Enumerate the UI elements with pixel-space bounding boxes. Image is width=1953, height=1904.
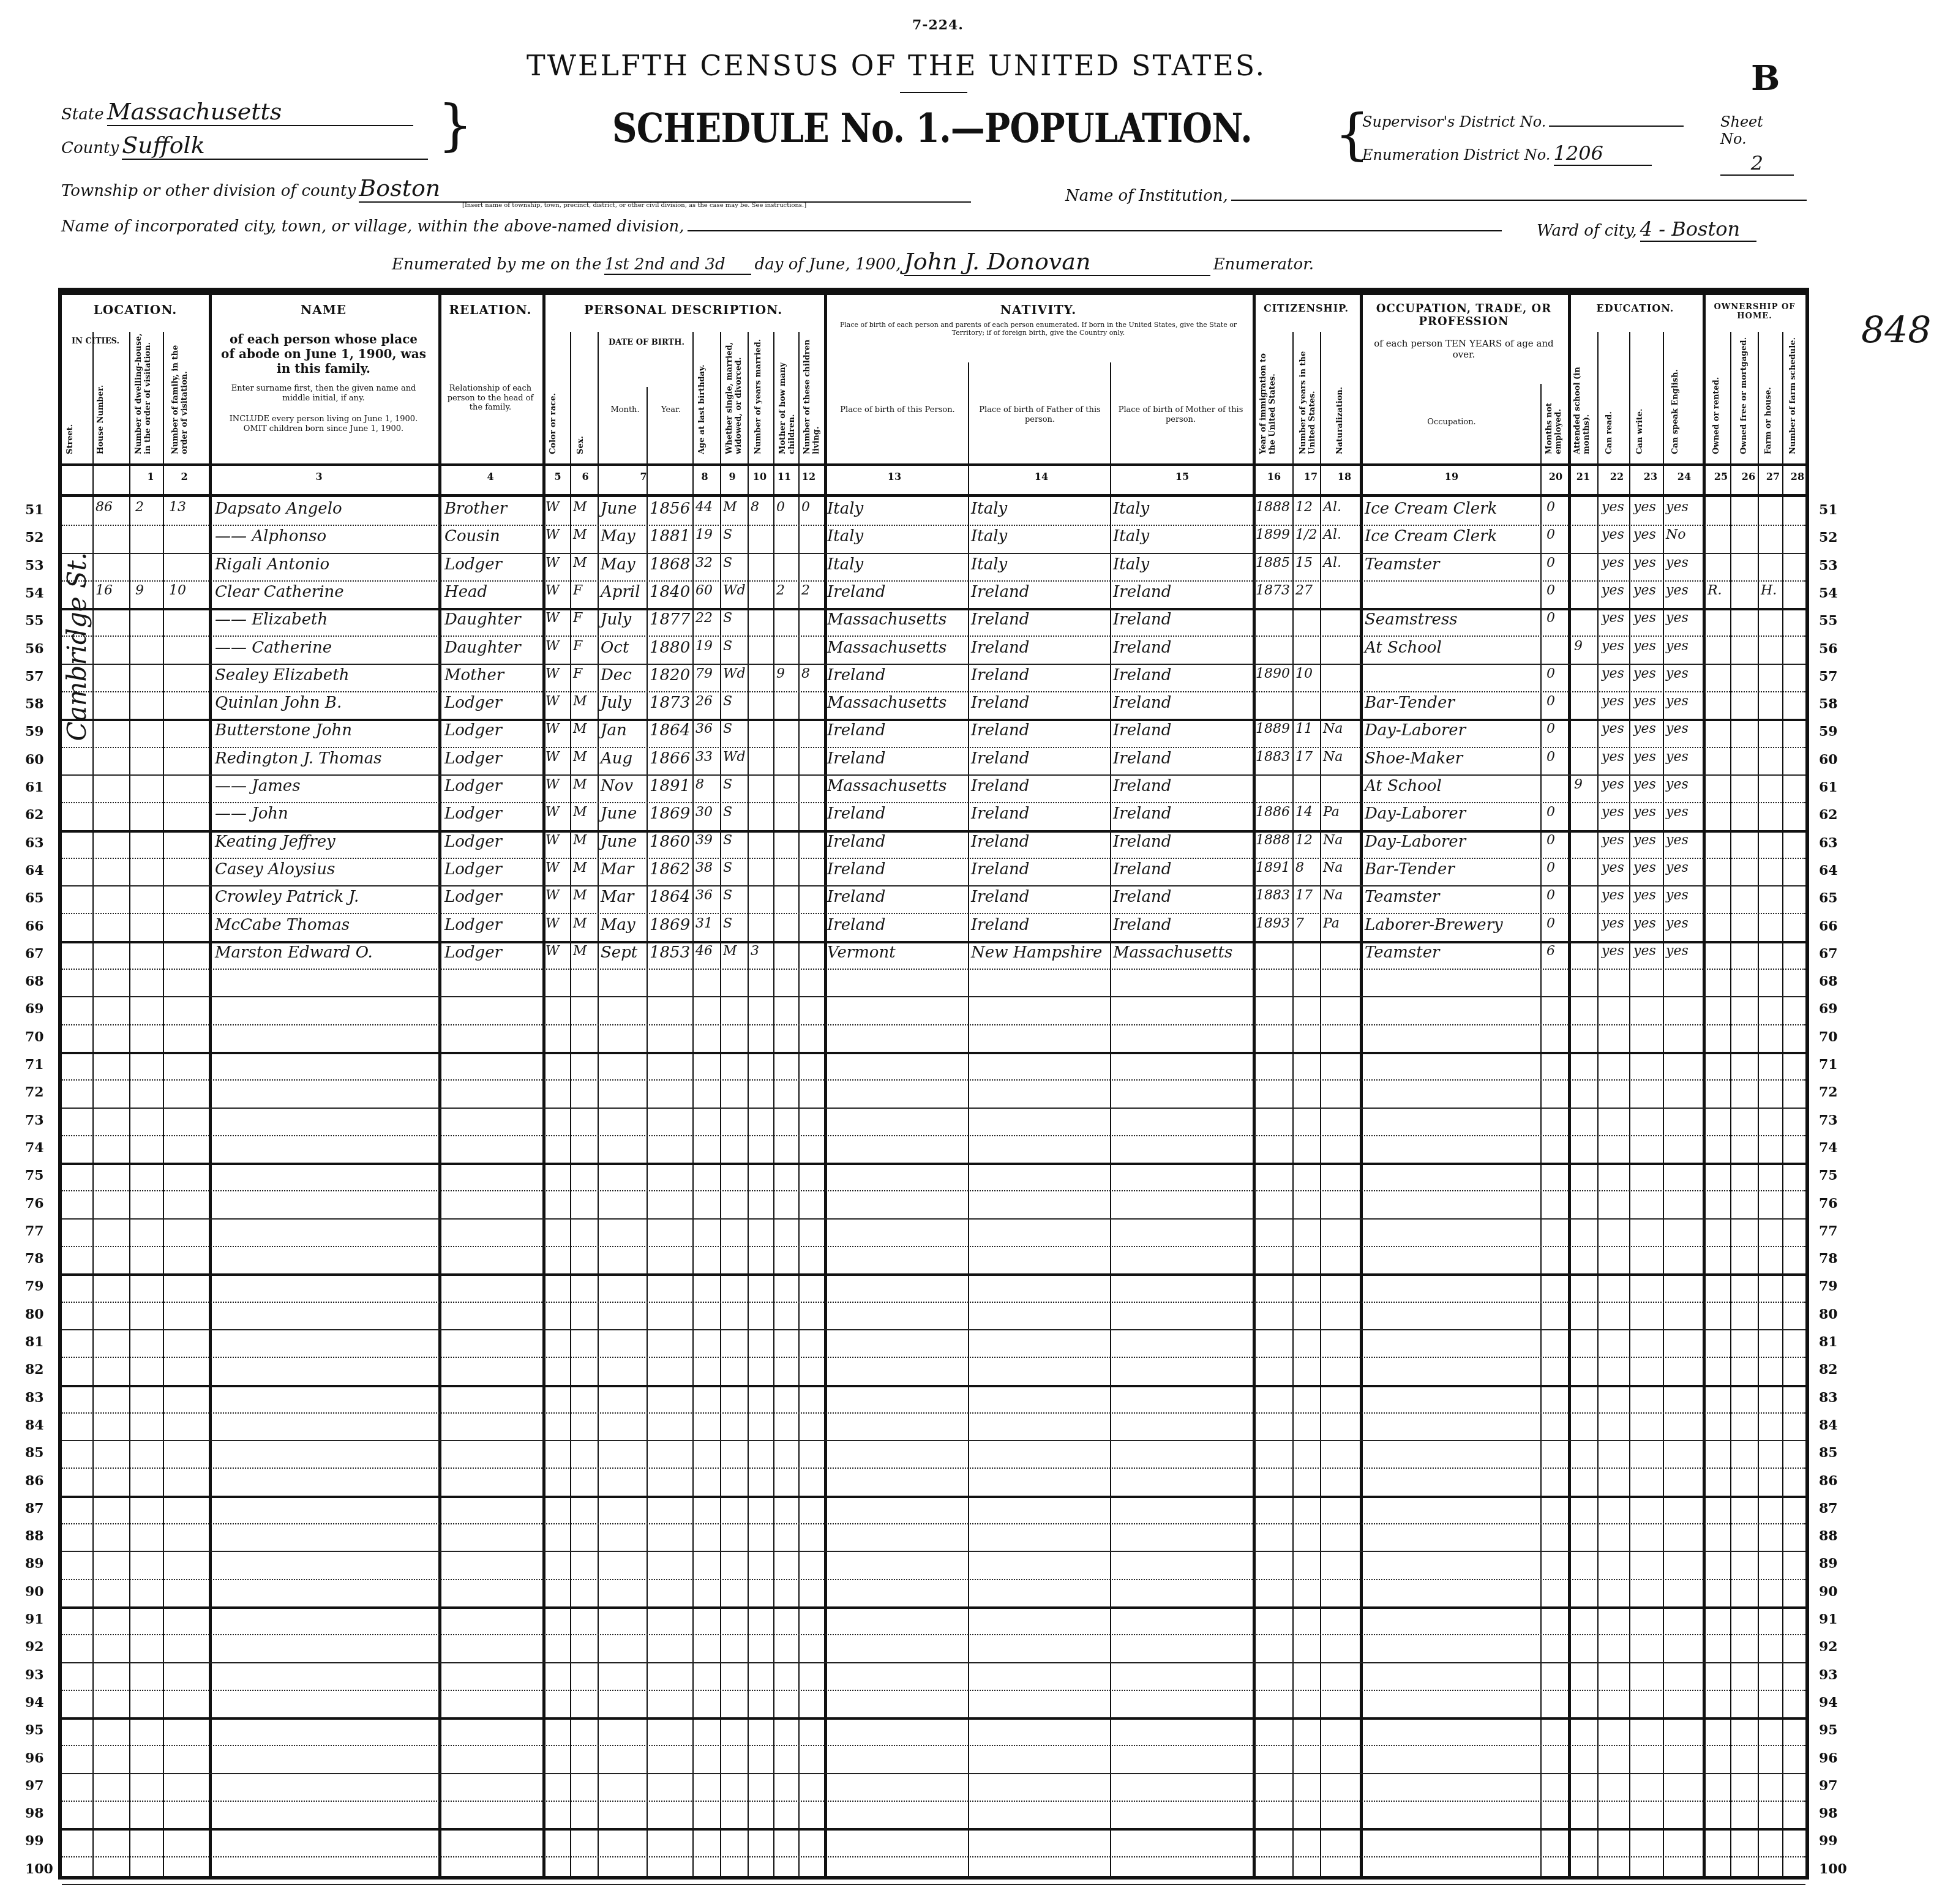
cell-yrs-us: 8 [1295,860,1304,875]
table-row: 9797 [62,1773,1805,1802]
cell-marital: S [723,777,732,792]
line-number-left: 84 [25,1417,44,1433]
cell-year: 1877 [650,610,690,629]
cell-school: 9 [1574,639,1583,654]
cell-mother-birth: Italy [1113,555,1149,574]
cell-english: yes [1666,639,1689,654]
header-marital: Whether single, married, widowed, or div… [725,332,743,454]
cell-marital: S [723,804,732,820]
cell-color: W [545,555,560,571]
cell-nat: Na [1323,860,1343,875]
cell-yrs-us: 10 [1295,666,1313,681]
cell-english: yes [1666,666,1689,681]
cell-immig: 1873 [1256,583,1290,598]
table-row: 5858Quinlan John B.LodgerWMJuly187326SMa… [62,691,1805,721]
cell-father-birth: Ireland [971,916,1029,934]
line-number-left: 92 [25,1639,44,1655]
cell-birth: Massachusetts [827,610,947,629]
form-number: 7-224. [912,17,964,33]
cell-english: yes [1666,610,1689,626]
table-row: 6666McCabe ThomasLodgerWMMay186931SIrela… [62,913,1805,943]
cell-write: yes [1633,639,1656,654]
cell-year: 1820 [650,666,690,684]
cell-father-birth: Ireland [971,860,1029,879]
header-personal-description: PERSONAL DESCRIPTION. [542,302,824,317]
table-row: 7373 [62,1108,1805,1136]
table-row: 9494 [62,1690,1805,1720]
line-number-right: 73 [1819,1112,1838,1128]
cell-color: W [545,610,560,626]
cell-occupation: Day-Laborer [1365,833,1466,851]
cell-yrs-us: 12 [1295,833,1313,848]
header-family-number: Number of family, in the order of visita… [171,332,189,454]
city-label: Name of incorporated city, town, or vill… [61,217,684,236]
cell-birth: Ireland [827,666,885,684]
cell-relation: Lodger [444,777,502,795]
cell-birth: Italy [827,527,863,545]
table-row: 7979 [62,1273,1805,1302]
cell-month: June [601,804,637,823]
line-number-left: 55 [25,613,44,629]
cell-immig: 1883 [1256,749,1290,765]
sheet-value: 2 [1720,151,1794,176]
cell-english: yes [1666,721,1689,736]
cell-immig: 1893 [1256,916,1290,931]
cell-sex: M [573,860,587,875]
cell-farm-house: H. [1761,583,1777,598]
table-row: 9999 [62,1828,1805,1857]
column-number: 8 [695,471,714,482]
cell-color: W [545,888,560,903]
cell-unemployed: 0 [1546,749,1555,765]
cell-birth: Massachusetts [827,639,947,657]
cell-color: W [545,916,560,931]
header-occupation: Occupation. [1363,418,1540,427]
cell-immig: 1888 [1256,500,1290,515]
line-number-left: 100 [25,1861,53,1877]
cell-read: yes [1602,777,1624,792]
line-number-left: 85 [25,1445,44,1461]
line-number-right: 98 [1819,1805,1838,1821]
cell-sex: F [573,666,582,681]
line-number-left: 83 [25,1390,44,1406]
brace-icon: } [438,98,473,153]
cell-nat: Na [1323,749,1343,765]
table-row: 8585 [62,1440,1805,1469]
cell-birth: Ireland [827,916,885,934]
cell-mother-birth: Ireland [1113,639,1171,657]
cell-write: yes [1633,500,1656,515]
cell-dwelling: 2 [135,500,144,515]
column-number: 7 [631,471,656,482]
header-dob: DATE OF BIRTH. [601,338,692,348]
table-row: 7878 [62,1246,1805,1276]
cell-year: 1840 [650,583,690,601]
header-farm-house: Farm or house. [1764,356,1773,454]
header-education: EDUCATION. [1568,302,1703,314]
line-number-left: 93 [25,1667,44,1683]
cell-color: W [545,833,560,848]
header-relation: RELATION. [438,302,542,317]
cell-write: yes [1633,583,1656,598]
institution-field: Name of Institution, [1065,187,1807,205]
cell-mother-birth: Ireland [1113,583,1171,601]
header-can-speak-english: Can speak English. [1671,356,1680,454]
cell-sex: M [573,500,587,515]
cell-relation: Lodger [444,804,502,823]
cell-write: yes [1633,721,1656,736]
cell-immig: 1899 [1256,527,1290,542]
cell-occupation: At School [1365,777,1442,795]
table-row: 9393 [62,1662,1805,1691]
cell-immig: 1888 [1256,833,1290,848]
line-number-left: 90 [25,1584,44,1600]
header-month: Month. [601,405,650,415]
line-number-right: 93 [1819,1667,1838,1683]
header-birth-person: Place of birth of this Person. [827,405,968,415]
cell-yrs-us: 17 [1295,888,1313,903]
cell-write: yes [1633,804,1656,820]
line-number-left: 80 [25,1306,44,1322]
cell-occupation: Seamstress [1365,610,1458,629]
cell-house: 86 [96,500,113,515]
cell-read: yes [1602,610,1624,626]
cell-name: —— Elizabeth [215,610,328,629]
cell-english: yes [1666,860,1689,875]
cell-birth: Ireland [827,804,885,823]
cell-immig: 1891 [1256,860,1290,875]
cell-marital: Wd [723,749,746,765]
cell-marital: S [723,888,732,903]
header-naturalization: Naturalization. [1335,369,1344,454]
cell-birth: Ireland [827,833,885,851]
column-number: 13 [882,471,907,482]
cell-school: 9 [1574,777,1583,792]
cell-age: 31 [695,916,713,931]
cell-mother-of: 9 [776,666,785,681]
cell-occupation: Ice Cream Clerk [1365,527,1497,545]
line-number-left: 77 [25,1223,44,1239]
cell-birth: Ireland [827,583,885,601]
line-number-right: 96 [1819,1750,1838,1766]
cell-mother-birth: Ireland [1113,721,1171,740]
line-number-left: 97 [25,1778,44,1794]
cell-sex: M [573,721,587,736]
line-number-left: 79 [25,1278,44,1294]
header-relation-desc: Relationship of each person to the head … [441,384,539,413]
table-row: 5656—— CatherineDaughterWFOct188019SMass… [62,636,1805,665]
header-location: LOCATION. [62,302,209,317]
cell-immig: 1886 [1256,804,1290,820]
cell-read: yes [1602,860,1624,875]
enumerated-days: 1st 2nd and 3d [604,255,751,275]
cell-name: Sealey Elizabeth [215,666,349,684]
cell-immig: 1890 [1256,666,1290,681]
column-number: 9 [723,471,741,482]
line-number-left: 69 [25,1001,44,1017]
cell-color: W [545,804,560,820]
cell-color: W [545,500,560,515]
cell-age: 30 [695,804,713,820]
cell-nat: Al. [1323,555,1341,571]
table-row: 6868 [62,969,1805,997]
cell-name: Rigali Antonio [215,555,329,574]
cell-read: yes [1602,694,1624,709]
line-number-right: 52 [1819,530,1838,545]
header-in-cities: IN CITIES. [62,337,129,347]
line-number-right: 71 [1819,1057,1838,1073]
cell-month: Dec [601,666,632,684]
cell-english: yes [1666,500,1689,515]
header-farm-schedule: Number of farm schedule. [1788,332,1797,454]
line-number-left: 67 [25,946,44,962]
line-number-right: 86 [1819,1473,1838,1489]
cell-age: 36 [695,888,713,903]
table-row: 5757Sealey ElizabethMotherWFDec182079Wd9… [62,664,1805,692]
cell-mother-birth: Italy [1113,527,1149,545]
district-block: { Supervisor's District No. Enumeration … [1347,113,1684,166]
cell-english: yes [1666,833,1689,848]
enumerated-label-post: day of June, 1900, [755,255,901,274]
cell-occupation: Bar-Tender [1365,694,1455,712]
line-number-right: 79 [1819,1278,1838,1294]
cell-mother-birth: Ireland [1113,777,1171,795]
cell-unemployed: 0 [1546,860,1555,875]
cell-yrs-married: 3 [751,943,759,959]
cell-marital: S [723,860,732,875]
line-number-left: 56 [25,641,44,657]
cell-unemployed: 0 [1546,527,1555,542]
cell-occupation: Teamster [1365,888,1439,906]
brace-icon: { [1335,107,1370,162]
cell-english: yes [1666,694,1689,709]
header-sex: Sex. [576,405,585,454]
township-field: Township or other division of county Bos… [61,174,971,203]
cell-sex: F [573,610,582,626]
table-row: 6060Redington J. ThomasLodgerWMAug186633… [62,747,1805,776]
enumerator-label: Enumerator. [1213,255,1314,274]
cell-sex: M [573,916,587,931]
cell-occupation: Laborer-Brewery [1365,916,1503,934]
line-number-left: 76 [25,1196,44,1212]
cell-immig: 1883 [1256,888,1290,903]
cell-birth: Ireland [827,888,885,906]
column-number: 19 [1439,471,1464,482]
header-children-living: Number of these children living. [803,332,821,454]
table-row: 8686 [62,1468,1805,1498]
table-row: 8383 [62,1385,1805,1414]
column-number: 20 [1543,471,1568,482]
cell-color: W [545,527,560,542]
line-number-right: 66 [1819,918,1838,934]
cell-mother-birth: Italy [1113,500,1149,518]
line-number-right: 59 [1819,724,1838,740]
cell-unemployed: 0 [1546,555,1555,571]
header-immigration-year: Year of immigration to the United States… [1259,338,1277,454]
header-name: NAME [209,302,438,317]
cell-year: 1880 [650,639,690,657]
cell-nat: Al. [1323,500,1341,515]
cell-unemployed: 0 [1546,721,1555,736]
ed-value: 1206 [1554,141,1652,166]
table-row: 8989 [62,1551,1805,1580]
cell-month: July [601,694,631,712]
cell-yrs-us: 7 [1295,916,1304,931]
line-number-right: 81 [1819,1334,1838,1350]
cell-color: W [545,666,560,681]
column-number: 4 [478,471,503,482]
line-number-left: 82 [25,1362,44,1377]
table-row: 9292 [62,1634,1805,1663]
table-row: 8787 [62,1496,1805,1524]
cell-year: 1869 [650,804,690,823]
cell-month: May [601,555,635,574]
line-number-left: 61 [25,779,44,795]
cell-marital: S [723,916,732,931]
line-number-left: 88 [25,1528,44,1544]
table-row: 6262—— JohnLodgerWMJune186930SIrelandIre… [62,802,1805,832]
cell-month: Nov [601,777,633,795]
cell-unemployed: 6 [1546,943,1555,959]
cell-name: Casey Aloysius [215,860,335,879]
cell-relation: Lodger [444,555,502,574]
header-year: Year. [650,405,692,415]
table-row: 8181 [62,1329,1805,1358]
line-number-left: 62 [25,807,44,823]
cell-name: —— Catherine [215,639,332,657]
header-nativity: NATIVITY. [824,302,1253,317]
line-number-right: 78 [1819,1251,1838,1267]
line-number-right: 100 [1819,1861,1847,1877]
cell-write: yes [1633,749,1656,765]
cell-birth: Italy [827,555,863,574]
header-house-number: House Number. [96,369,105,454]
header-mother-of: Mother of how many children. [778,332,797,454]
cell-year: 1873 [650,694,690,712]
cell-unemployed: 0 [1546,666,1555,681]
cell-month: July [601,610,631,629]
line-number-left: 86 [25,1473,44,1489]
township-note: [Insert name of township, town, precinct… [462,202,806,209]
state-value: Massachusetts [107,98,413,126]
cell-relation: Lodger [444,943,502,962]
cell-occupation: Shoe-Maker [1365,749,1463,768]
cell-marital: Wd [723,666,746,681]
cell-year: 1866 [650,749,690,768]
cell-age: 39 [695,833,713,848]
cell-mother-birth: Ireland [1113,694,1171,712]
cell-read: yes [1602,749,1624,765]
line-number-left: 57 [25,669,44,684]
line-number-right: 90 [1819,1584,1838,1600]
cell-mother-birth: Ireland [1113,610,1171,629]
cell-month: Mar [601,860,634,879]
cell-unemployed: 0 [1546,583,1555,598]
cell-occupation: Teamster [1365,555,1439,574]
cell-sex: M [573,777,587,792]
line-number-right: 89 [1819,1556,1838,1572]
column-number: 21 [1571,471,1595,482]
cell-color: W [545,777,560,792]
line-number-left: 98 [25,1805,44,1821]
cell-english: yes [1666,777,1689,792]
cell-unemployed: 0 [1546,500,1555,515]
cell-relation: Lodger [444,833,502,851]
cell-yrs-us: 27 [1295,583,1313,598]
line-number-left: 91 [25,1611,44,1627]
line-number-right: 60 [1819,752,1838,768]
cell-sex: F [573,583,582,598]
table-row: 100100 [62,1856,1805,1885]
cell-mother-of: 0 [776,500,785,515]
cell-father-birth: Ireland [971,888,1029,906]
cell-unemployed: 0 [1546,833,1555,848]
line-number-right: 68 [1819,973,1838,989]
cell-write: yes [1633,666,1656,681]
county-label: County [61,139,119,157]
ed-field: Enumeration District No. 1206 [1362,141,1684,166]
cell-yrs-married: 8 [751,500,759,515]
cell-year: 1860 [650,833,690,851]
line-number-left: 68 [25,973,44,989]
line-number-left: 63 [25,835,44,851]
line-number-left: 89 [25,1556,44,1572]
line-number-left: 74 [25,1140,44,1156]
institution-value [1231,200,1807,201]
population-table: LOCATION. IN CITIES. Street. House Numbe… [58,288,1809,1880]
header-birth-father: Place of birth of Father of this person. [971,405,1109,424]
cell-name: —— John [215,804,288,823]
cell-mother-birth: Ireland [1113,666,1171,684]
cell-name: Dapsato Angelo [215,500,342,518]
cell-month: Mar [601,888,634,906]
column-number: 23 [1638,471,1663,482]
table-row: 5353Rigali AntonioLodgerWMMay186832SItal… [62,553,1805,582]
cell-marital: S [723,610,732,626]
cell-sex: M [573,943,587,959]
line-number-right: 54 [1819,585,1838,601]
cell-mother-of: 2 [776,583,785,598]
line-number-left: 58 [25,696,44,712]
table-row: 8888 [62,1523,1805,1552]
township-label: Township or other division of county [61,182,356,200]
line-number-right: 67 [1819,946,1838,962]
line-number-right: 83 [1819,1390,1838,1406]
cell-mother-birth: Ireland [1113,888,1171,906]
cell-father-birth: Italy [971,555,1007,574]
cell-name: Marston Edward O. [215,943,373,962]
cell-read: yes [1602,500,1624,515]
line-number-right: 97 [1819,1778,1838,1794]
cell-birth: Ireland [827,749,885,768]
line-number-right: 95 [1819,1722,1838,1738]
cell-sex: M [573,804,587,820]
cell-unemployed: 0 [1546,610,1555,626]
cell-relation: Lodger [444,721,502,740]
column-number: 25 [1709,471,1733,482]
cell-unemployed: 0 [1546,694,1555,709]
cell-name: Butterstone John [215,721,352,740]
line-number-right: 84 [1819,1417,1838,1433]
column-number-row: 1 2 3 4 5 6 7 8 9 10 11 12 13 14 15 16 1… [62,463,1805,497]
header-street: Street. [66,369,75,454]
cell-year: 1853 [650,943,690,962]
cell-name: Redington J. Thomas [215,749,382,768]
cell-mother-birth: Massachusetts [1113,943,1232,962]
cell-father-birth: Ireland [971,804,1029,823]
table-row: 7777 [62,1218,1805,1247]
cell-birth: Massachusetts [827,777,947,795]
